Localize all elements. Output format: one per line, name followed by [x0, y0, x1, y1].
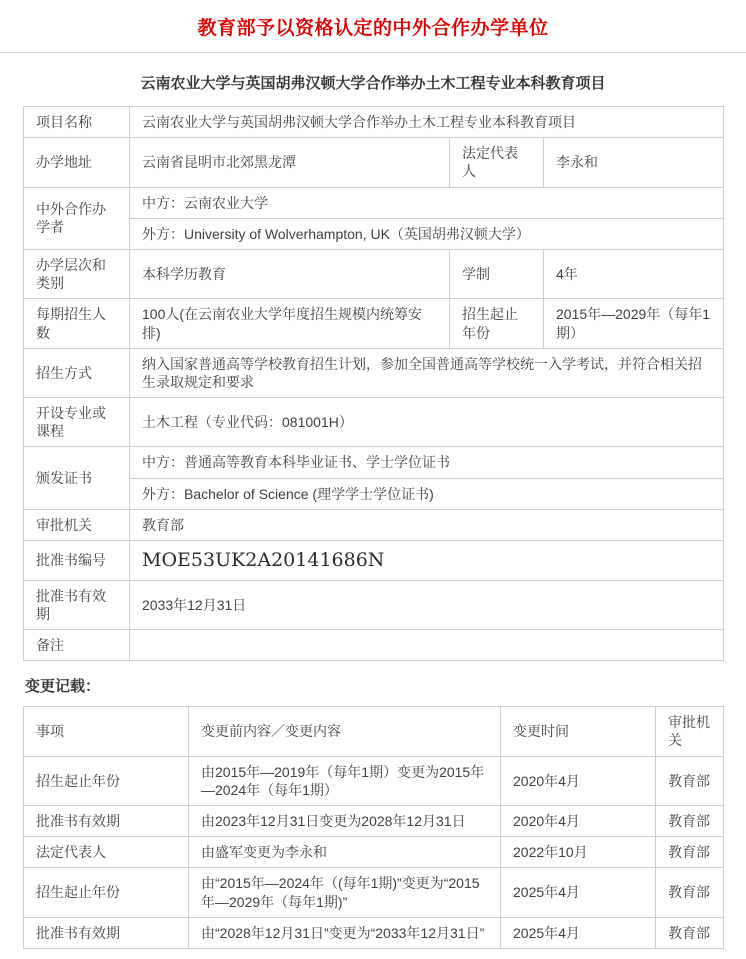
change-authority: 教育部: [656, 868, 724, 917]
field-label-partners: 中外合作办学者: [24, 187, 130, 249]
table-row: 颁发证书 中方：普通高等教育本科毕业证书、学士学位证书: [24, 447, 724, 478]
change-item: 批准书有效期: [24, 917, 189, 948]
field-value-certificate-foreign: 外方：Bachelor of Science (理学学士学位证书): [130, 478, 724, 509]
field-label-approval-authority: 审批机关: [24, 509, 130, 540]
field-value-approval-authority: 教育部: [130, 509, 724, 540]
table-row: 办学层次和类别 本科学历教育 学制 4年: [24, 249, 724, 298]
change-content: 由“2015年—2024年（(每年1期)”变更为“2015年—2029年（每年1…: [189, 868, 501, 917]
table-row: 批准书编号 MOE53UK2A20141686N: [24, 541, 724, 581]
field-label-level: 办学层次和类别: [24, 249, 130, 298]
table-row: 每期招生人数 100人(在云南农业大学年度招生规模内统筹安排) 招生起止年份 2…: [24, 299, 724, 348]
table-row: 开设专业或课程 土木工程（专业代码：081001H）: [24, 398, 724, 447]
change-time: 2020年4月: [501, 756, 656, 805]
changes-header-time: 变更时间: [501, 707, 656, 756]
field-value-project-name: 云南农业大学与英国胡弗汉顿大学合作举办土木工程专业本科教育项目: [130, 107, 724, 138]
changes-header-item: 事项: [24, 707, 189, 756]
table-row: 招生起止年份 由2015年—2019年（每年1期）变更为2015年—2024年（…: [24, 756, 724, 805]
changes-table: 事项 变更前内容／变更内容 变更时间 审批机关 招生起止年份 由2015年—20…: [23, 706, 724, 949]
changes-header-authority: 审批机关: [656, 707, 724, 756]
table-row: 项目名称 云南农业大学与英国胡弗汉顿大学合作举办土木工程专业本科教育项目: [24, 107, 724, 138]
change-content: 由盛军变更为李永和: [189, 837, 501, 868]
change-authority: 教育部: [656, 806, 724, 837]
changes-header-content: 变更前内容／变更内容: [189, 707, 501, 756]
table-row: 批准书有效期 由2023年12月31日变更为2028年12月31日 2020年4…: [24, 806, 724, 837]
table-row: 招生方式 纳入国家普通高等学校教育招生计划，参加全国普通高等学校统一入学考试，并…: [24, 348, 724, 397]
change-content: 由“2028年12月31日”变更为“2033年12月31日”: [189, 917, 501, 948]
field-value-legal-rep: 李永和: [544, 138, 724, 187]
field-value-admission: 纳入国家普通高等学校教育招生计划，参加全国普通高等学校统一入学考试，并符合相关招…: [130, 348, 724, 397]
field-value-approval-number: MOE53UK2A20141686N: [130, 541, 724, 581]
change-authority: 教育部: [656, 756, 724, 805]
table-row: 法定代表人 由盛军变更为李永和 2022年10月 教育部: [24, 837, 724, 868]
field-value-remarks: [130, 630, 724, 661]
change-item: 批准书有效期: [24, 806, 189, 837]
change-item: 招生起止年份: [24, 756, 189, 805]
field-label-remarks: 备注: [24, 630, 130, 661]
table-row: 审批机关 教育部: [24, 509, 724, 540]
table-row: 批准书有效期 由“2028年12月31日”变更为“2033年12月31日” 20…: [24, 917, 724, 948]
change-authority: 教育部: [656, 917, 724, 948]
field-label-legal-rep: 法定代表人: [450, 138, 544, 187]
table-row: 批准书有效期 2033年12月31日: [24, 580, 724, 629]
change-item: 招生起止年份: [24, 868, 189, 917]
field-label-majors: 开设专业或课程: [24, 398, 130, 447]
field-label-approval-number: 批准书编号: [24, 541, 130, 581]
field-value-duration: 4年: [544, 249, 724, 298]
change-time: 2025年4月: [501, 917, 656, 948]
field-value-certificate-chinese: 中方：普通高等教育本科毕业证书、学士学位证书: [130, 447, 724, 478]
table-row: 中外合作办学者 中方：云南农业大学: [24, 187, 724, 218]
project-title: 云南农业大学与英国胡弗汉顿大学合作举办土木工程专业本科教育项目: [0, 53, 746, 106]
field-value-enrollment: 100人(在云南农业大学年度招生规模内统筹安排): [130, 299, 450, 348]
change-authority: 教育部: [656, 837, 724, 868]
field-label-project-name: 项目名称: [24, 107, 130, 138]
field-label-enrollment: 每期招生人数: [24, 299, 130, 348]
field-label-enrollment-period: 招生起止年份: [450, 299, 544, 348]
change-time: 2025年4月: [501, 868, 656, 917]
content-area: 项目名称 云南农业大学与英国胡弗汉顿大学合作举办土木工程专业本科教育项目 办学地…: [0, 106, 746, 959]
field-value-partner-chinese: 中方：云南农业大学: [130, 187, 724, 218]
project-info-table: 项目名称 云南农业大学与英国胡弗汉顿大学合作举办土木工程专业本科教育项目 办学地…: [23, 106, 724, 661]
field-label-address: 办学地址: [24, 138, 130, 187]
change-item: 法定代表人: [24, 837, 189, 868]
field-value-level: 本科学历教育: [130, 249, 450, 298]
page-title: 教育部予以资格认定的中外合作办学单位: [0, 0, 746, 52]
field-value-approval-validity: 2033年12月31日: [130, 580, 724, 629]
field-label-duration: 学制: [450, 249, 544, 298]
table-row: 备注: [24, 630, 724, 661]
field-label-admission: 招生方式: [24, 348, 130, 397]
change-time: 2022年10月: [501, 837, 656, 868]
changes-section-title: 变更记载：: [23, 661, 723, 706]
page: 教育部予以资格认定的中外合作办学单位 云南农业大学与英国胡弗汉顿大学合作举办土木…: [0, 0, 746, 959]
field-value-majors: 土木工程（专业代码：081001H）: [130, 398, 724, 447]
change-time: 2020年4月: [501, 806, 656, 837]
changes-header-row: 事项 变更前内容／变更内容 变更时间 审批机关: [24, 707, 724, 756]
field-label-approval-validity: 批准书有效期: [24, 580, 130, 629]
change-content: 由2015年—2019年（每年1期）变更为2015年—2024年（每年1期）: [189, 756, 501, 805]
table-row: 办学地址 云南省昆明市北郊黑龙潭 法定代表人 李永和: [24, 138, 724, 187]
field-label-certificates: 颁发证书: [24, 447, 130, 509]
field-value-address: 云南省昆明市北郊黑龙潭: [130, 138, 450, 187]
field-value-partner-foreign: 外方：University of Wolverhampton, UK（英国胡弗汉…: [130, 218, 724, 249]
change-content: 由2023年12月31日变更为2028年12月31日: [189, 806, 501, 837]
table-row: 招生起止年份 由“2015年—2024年（(每年1期)”变更为“2015年—20…: [24, 868, 724, 917]
field-value-enrollment-period: 2015年—2029年（每年1期）: [544, 299, 724, 348]
